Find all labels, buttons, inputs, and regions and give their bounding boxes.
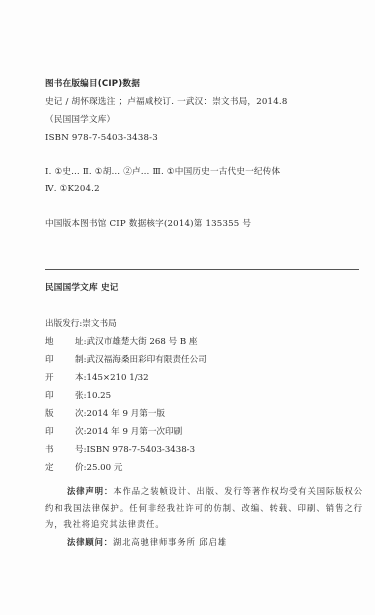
imprint-label-2: 本 [75, 373, 84, 384]
imprint-label-2: 制 [75, 355, 84, 366]
section-divider [45, 269, 359, 270]
legal-counsel-label: 法律顾问： [67, 537, 113, 547]
series-title: 民国国学文库 史记 [45, 283, 119, 294]
imprint-edition: 版次:2014 年 9 月第一版 [45, 409, 165, 420]
imprint-publisher: 出版发行:崇文书局 [45, 319, 117, 330]
imprint-printing: 印次:2014 年 9 月第一次印刷 [45, 427, 182, 438]
cip-heading: 图书在版编目(CIP)数据 [45, 79, 140, 90]
cip-classification-2: Ⅳ. ①K204.2 [45, 184, 100, 195]
imprint-price: 定价:25.00 元 [45, 463, 122, 474]
imprint-label: 出版发行 [45, 319, 79, 329]
imprint-value: 崇文书局 [82, 319, 116, 329]
imprint-value: ISBN 978-7-5403-3438-3 [87, 445, 196, 455]
cip-number: 中国版本图书馆 CIP 数据核字(2014)第 135355 号 [45, 219, 251, 230]
imprint-label-1: 版 [45, 409, 75, 420]
legal-statement: 法律声明：本作品之装帧设计、出版、发行等著作权均受有关国际版权公约和我国法律保护… [45, 483, 363, 533]
cip-isbn: ISBN 978-7-5403-3438-3 [45, 133, 158, 144]
legal-statement-label: 法律声明： [67, 486, 113, 496]
imprint-value: 2014 年 9 月第一版 [87, 409, 166, 419]
imprint-label-2: 址 [75, 337, 84, 348]
imprint-sheets: 印张:10.25 [45, 391, 111, 402]
imprint-label-2: 次 [75, 427, 84, 438]
imprint-label-2: 张 [75, 391, 84, 402]
imprint-value: 25.00 元 [87, 463, 123, 473]
imprint-value: 武汉福海桑田彩印有限责任公司 [87, 355, 207, 365]
imprint-label-1: 印 [45, 427, 75, 438]
legal-counsel-text: 湖北高驰律师事务所 邱启雄 [113, 537, 227, 547]
imprint-label-1: 印 [45, 391, 75, 402]
imprint-label-1: 定 [45, 463, 75, 474]
imprint-value: 武汉市雄楚大街 268 号 B 座 [87, 337, 198, 347]
cip-bibliographic-line: 史记 / 胡怀琛选注 ；卢福咸校订. 一武汉：崇文书局，2014.8 [45, 97, 288, 108]
imprint-value: 10.25 [87, 391, 112, 401]
imprint-isbn: 书号:ISBN 978-7-5403-3438-3 [45, 445, 195, 456]
copyright-page: 图书在版编目(CIP)数据 史记 / 胡怀琛选注 ；卢福咸校订. 一武汉：崇文书… [0, 0, 375, 615]
imprint-printer: 印制:武汉福海桑田彩印有限责任公司 [45, 355, 207, 366]
imprint-label-1: 地 [45, 337, 75, 348]
imprint-value: 2014 年 9 月第一次印刷 [87, 427, 183, 437]
imprint-label-1: 印 [45, 355, 75, 366]
imprint-label-1: 书 [45, 445, 75, 456]
imprint-label-2: 价 [75, 463, 84, 474]
cip-classification-1: Ⅰ. ①史… Ⅱ. ①胡… ②卢… Ⅲ. ①中国历史一古代史一纪传体 [45, 167, 280, 178]
cip-series-line: （民国国学文库） [45, 115, 115, 126]
imprint-label-1: 开 [45, 373, 75, 384]
imprint-format: 开本:145×210 1/32 [45, 373, 149, 384]
imprint-label-2: 次 [75, 409, 84, 420]
imprint-address: 地址:武汉市雄楚大街 268 号 B 座 [45, 337, 198, 348]
legal-counsel: 法律顾问：湖北高驰律师事务所 邱启雄 [45, 534, 363, 551]
imprint-value: 145×210 1/32 [87, 373, 149, 383]
imprint-label-2: 号 [75, 445, 84, 456]
